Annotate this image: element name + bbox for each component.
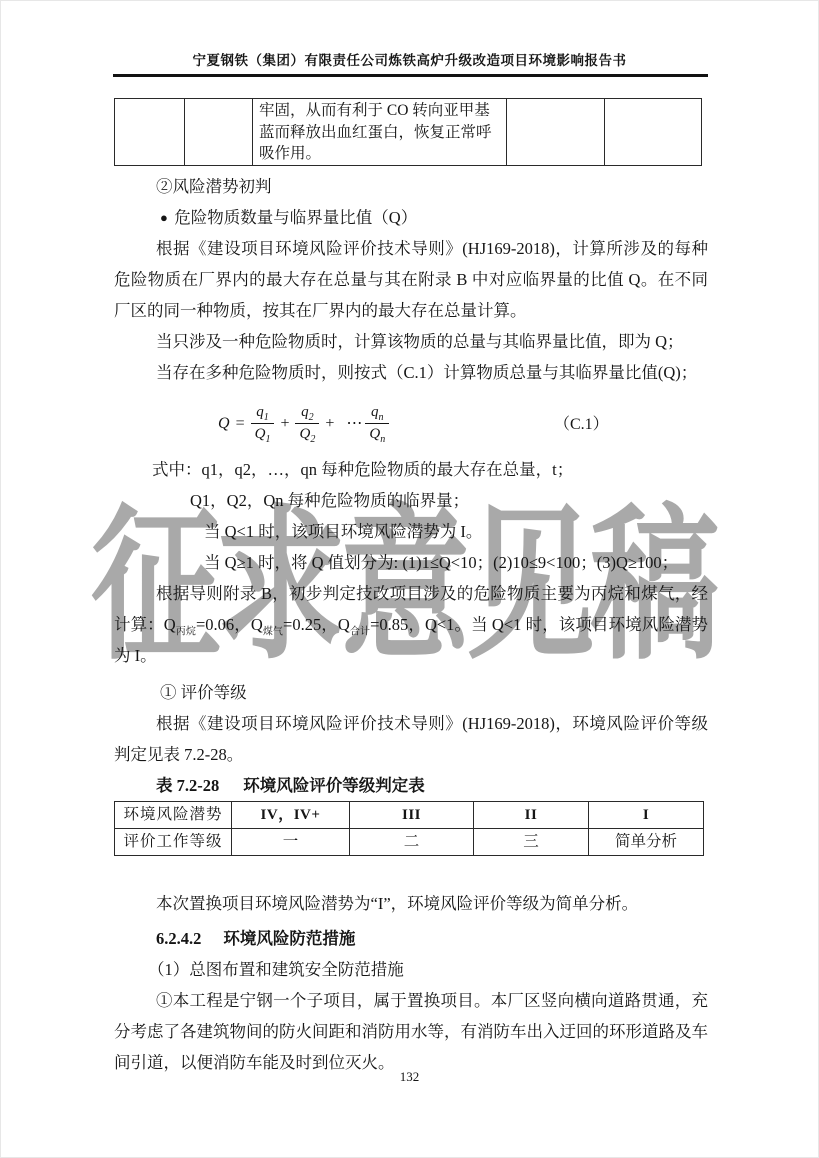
fraction-2: q2Q2 [295,403,319,444]
table-cell: 评价工作等级 [115,829,232,856]
table-cell: 牢固，从而有利于 CO 转向亚甲基蓝而释放出血红蛋白，恢复正常呼吸作用。 [253,99,507,166]
paragraph-single-substance: 当只涉及一种危险物质时，计算该物质的总量与其临界量比值，即为 Q； [114,326,708,357]
heading-6-2-4-2: 6.2.4.2环境风险防范措施 [114,923,708,954]
heading-risk-potential: ②风险潜势初判 [114,171,708,202]
formula-lhs: Q [218,408,230,439]
fraction-n: qnQn [365,403,389,444]
paragraph-layout-measures: ①本工程是宁钢一个子项目，属于置换项目。本厂区竖向横向道路贯通，充分考虑了各建筑… [114,985,708,1078]
heading-sub-1: （1）总图布置和建筑安全防范措施 [114,954,708,985]
paragraph-basis: 根据《建设项目环境风险评价技术导则》(HJ169-2018)，计算所涉及的每种危… [114,233,708,326]
table-cell: III [350,802,474,829]
table-cell: 一 [232,829,350,856]
risk-grade-table: 环境风险潜势 IV，IV+ III II I 评价工作等级 一 二 三 简单分析 [114,801,704,856]
table-row: 环境风险潜势 IV，IV+ III II I [115,802,704,829]
section-title: 环境风险防范措施 [223,929,355,948]
heading-assessment-grade: ① 评价等级 [114,677,708,708]
equals-sign: = [236,408,245,439]
paragraph-multi-substance: 当存在多种危险物质时，则按式（C.1）计算物质总量与其临界量比值(Q)； [114,357,708,388]
paragraph-calculation: 根据导则附录 B，初步判定技改项目涉及的危险物质主要为丙烷和煤气，经计算：Q丙烷… [114,578,708,671]
table-row: 牢固，从而有利于 CO 转向亚甲基蓝而释放出血红蛋白，恢复正常呼吸作用。 [115,99,702,166]
page-header-title: 宁夏钢铁（集团）有限责任公司炼铁高炉升级改造项目环境影响报告书 [1,49,818,69]
table-cell: I [589,802,704,829]
table-cell [185,99,253,166]
table-caption: 表 7.2-28环境风险评价等级判定表 [114,770,708,801]
paragraph-conclusion: 本次置换项目环境风险潜势为“I”，环境风险评价等级为简单分析。 [114,888,708,919]
table-cell [605,99,702,166]
ellipsis: ⋯ [346,408,363,439]
paragraph-case-q-ge-1: 当 Q≥1 时，将 Q 值划分为: (1)1≤Q<10；(2)10≤9<100；… [114,547,708,578]
paragraph-where-2: Q1，Q2，Qn 每种危险物质的临界量； [114,485,708,516]
plus-sign: + [325,408,334,439]
section-number: 6.2.4.2 [156,929,201,948]
table-row: 评价工作等级 一 二 三 简单分析 [115,829,704,856]
fraction-1: q1Q1 [251,403,275,444]
subscript-total: 合计 [350,626,370,637]
formula-expression: Q = q1Q1 + q2Q2 + ⋯ qnQn [218,398,389,448]
formula-c1: Q = q1Q1 + q2Q2 + ⋯ qnQn （C.1） [114,398,708,448]
table-cell: 三 [474,829,589,856]
subscript-propane: 丙烷 [176,626,196,637]
plus-sign: + [280,408,289,439]
table-cell [115,99,185,166]
body-content: ②风险潜势初判 ●危险物质数量与临界量比值（Q） 根据《建设项目环境风险评价技术… [114,171,708,1078]
bullet-icon: ● [160,202,174,233]
table-cell: II [474,802,589,829]
table-cell: 简单分析 [589,829,704,856]
table-cell [507,99,605,166]
table-caption-title: 环境风险评价等级判定表 [243,776,425,795]
page-number: 132 [1,1069,818,1085]
bullet-line: ●危险物质数量与临界量比值（Q） [114,202,708,233]
table-cell: 二 [350,829,474,856]
table-cell: 环境风险潜势 [115,802,232,829]
subscript-gas: 煤气 [263,626,283,637]
formula-number: （C.1） [554,409,609,440]
bullet-label: 危险物质数量与临界量比值（Q） [174,208,417,227]
document-page: 征求意见稿 宁夏钢铁（集团）有限责任公司炼铁高炉升级改造项目环境影响报告书 牢固… [0,0,819,1158]
paragraph-where-1: 式中：q1，q2，…，qn 每种危险物质的最大存在总量，t； [114,454,708,485]
table-cell: IV，IV+ [232,802,350,829]
header-rule [113,74,708,77]
table-caption-number: 表 7.2-28 [156,776,219,795]
paragraph-case-q-lt-1: 当 Q<1 时，该项目环境风险潜势为 I。 [114,516,708,547]
carryover-table: 牢固，从而有利于 CO 转向亚甲基蓝而释放出血红蛋白，恢复正常呼吸作用。 [114,98,702,166]
paragraph-grade-basis: 根据《建设项目环境风险评价技术导则》(HJ169-2018)，环境风险评价等级判… [114,708,708,770]
